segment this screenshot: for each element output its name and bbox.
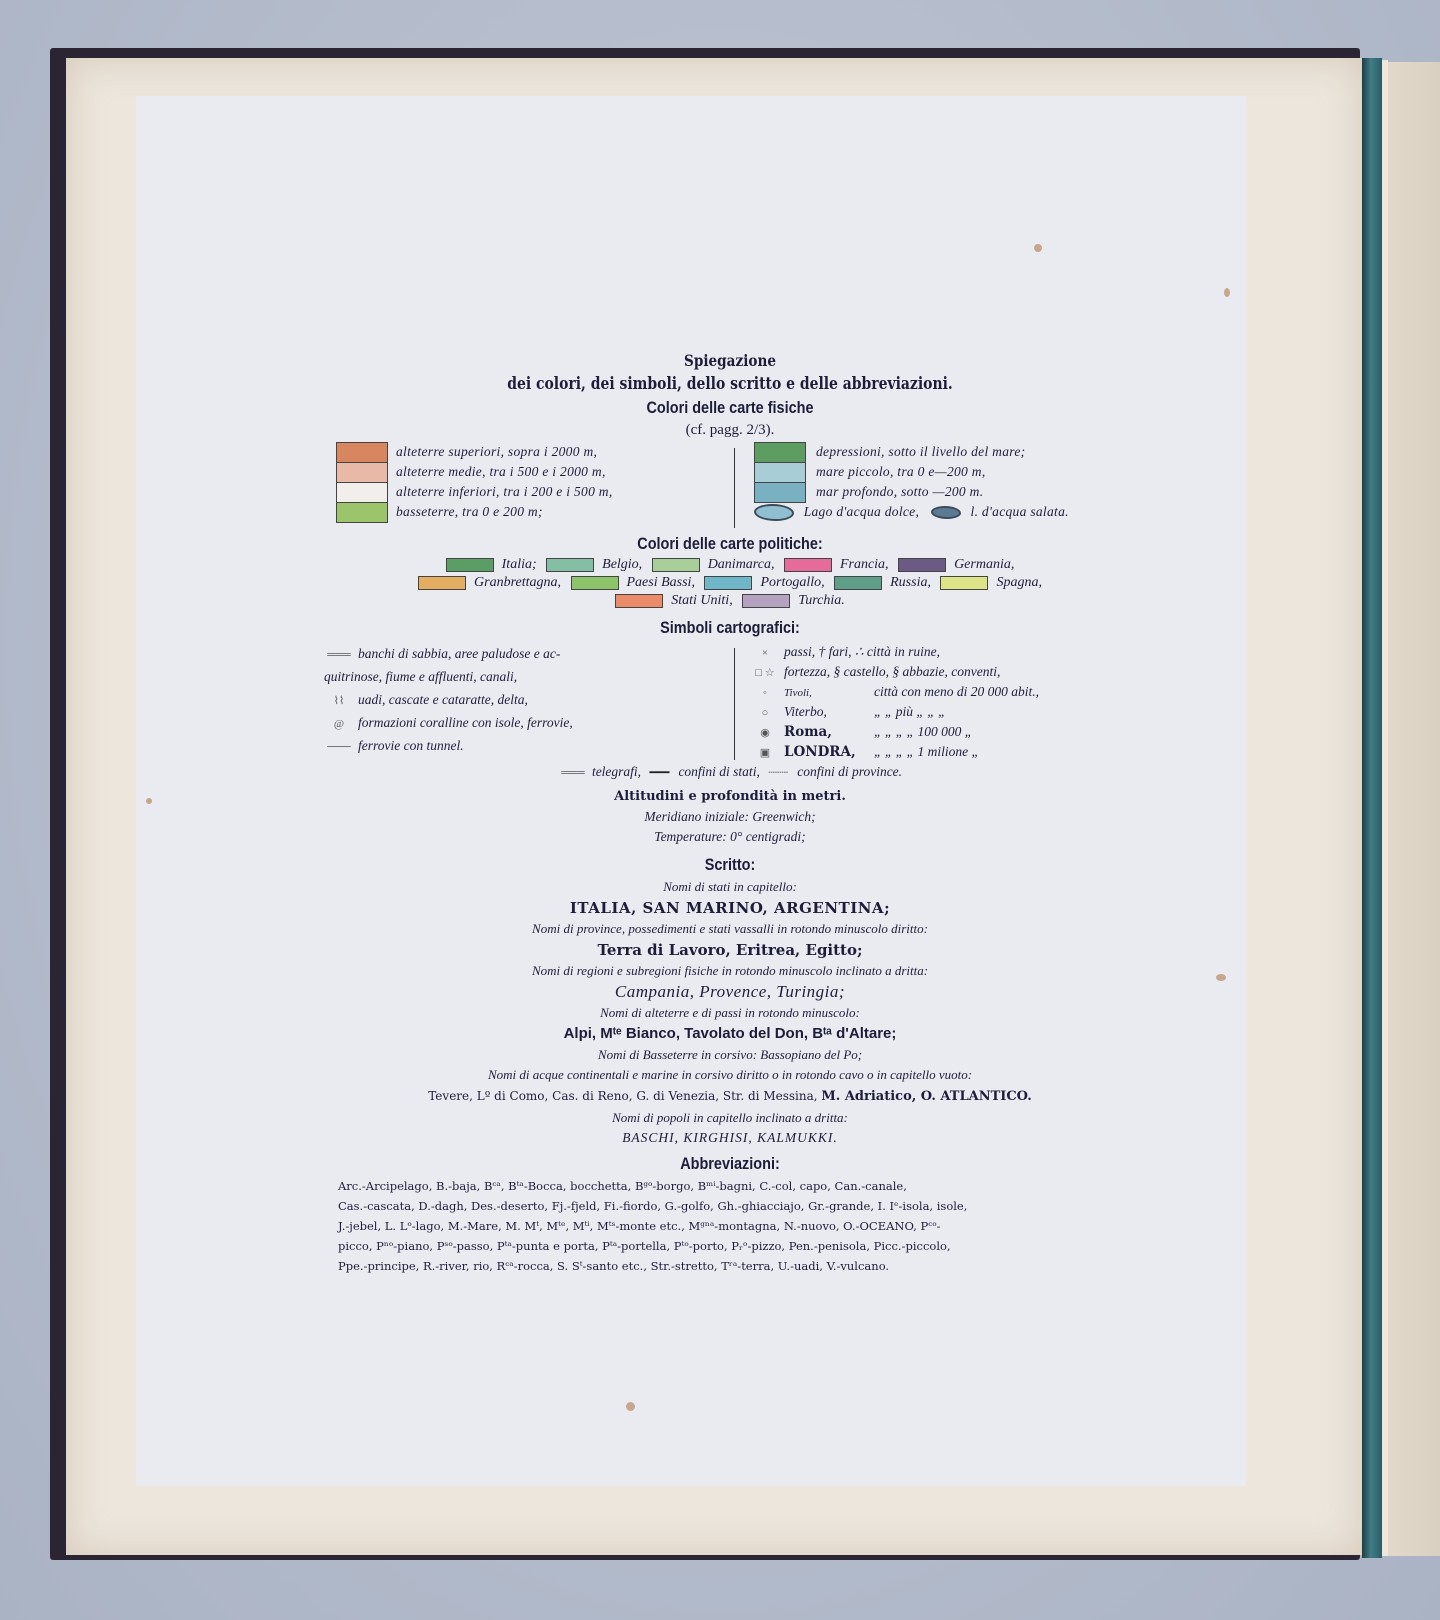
- political-label: Russia,: [890, 575, 931, 590]
- symbol-text: confini di stati,: [678, 764, 759, 779]
- physical-colors-heading: Colori delle carte fisiche: [390, 396, 1070, 420]
- city-example: Viterbo,: [784, 702, 874, 722]
- political-label: Danimarca,: [708, 557, 775, 572]
- political-item-germania: Germania,: [898, 556, 1014, 574]
- abbreviation-line: J.-jebel, L. Lᵒ-lago, M.-Mare, M. Mᵗ, Mᵗ…: [338, 1216, 1078, 1236]
- large-city-icon: ◉: [750, 723, 780, 743]
- swatch-mare-piccolo: [755, 463, 805, 483]
- legend-label: mare piccolo, tra 0 e—200 m,: [816, 462, 1069, 482]
- land-swatches: [336, 442, 388, 523]
- water-swatches: [754, 442, 806, 503]
- column-divider: [734, 648, 735, 760]
- political-item-portogallo: Portogallo,: [704, 574, 824, 592]
- states-caption: Nomi di stati in capitello:: [330, 877, 1130, 897]
- symbol-line: ═══banchi di sabbia, aree paludose e ac-: [324, 642, 704, 665]
- political-item-paesi-bassi: Paesi Bassi,: [571, 574, 695, 592]
- political-item-turchia: Turchia.: [742, 592, 845, 610]
- swatch-alteterre-inferiori: [337, 483, 387, 503]
- political-label: Francia,: [840, 557, 889, 572]
- metropolis-icon: ▣: [750, 743, 780, 763]
- political-label: Spagna,: [996, 575, 1042, 590]
- state-border-icon: ━━━: [644, 763, 674, 783]
- symbol-text: fortezza, § castello, § abbazie, convent…: [784, 664, 1000, 679]
- symbol-line: □ ☆fortezza, § castello, § abbazie, conv…: [750, 662, 1130, 682]
- symbol-text: „ „ „ „ 100 000 „: [874, 724, 972, 739]
- legend-label: alteterre inferiori, tra i 200 e i 500 m…: [396, 482, 613, 502]
- political-row: Italia; Belgio, Danimarca, Francia, Germ…: [330, 556, 1130, 574]
- political-row: Granbrettagna, Paesi Bassi, Portogallo, …: [330, 574, 1130, 592]
- legend-label: alteterre medie, tra i 500 e i 2000 m,: [396, 462, 613, 482]
- symbol-text: passi, † fari, ∴ città in ruine,: [784, 644, 940, 659]
- fortress-icon: □ ☆: [750, 663, 780, 683]
- symbol-text: quitrinose, fiume e affluenti, canali,: [324, 669, 517, 684]
- swatch: [784, 558, 832, 572]
- political-label: Germania,: [954, 557, 1014, 572]
- political-label: Italia;: [502, 557, 537, 572]
- provinces-caption: Nomi di province, possedimenti e stati v…: [330, 919, 1130, 939]
- legend-label: depressioni, sotto il livello del mare;: [816, 442, 1069, 462]
- sandbank-icon: ═══: [324, 644, 354, 667]
- fresh-lake-label: Lago d'acqua dolce,: [804, 504, 919, 519]
- symbol-text: confini di province.: [797, 764, 902, 779]
- political-label: Granbrettagna,: [474, 575, 561, 590]
- political-item-russia: Russia,: [834, 574, 931, 592]
- page-title: Spiegazione: [390, 350, 1070, 372]
- swatch: [898, 558, 946, 572]
- swatch: [652, 558, 700, 572]
- waters-example: Tevere, Lº di Como, Cas. di Reno, G. di …: [330, 1085, 1130, 1108]
- swatch: [571, 576, 619, 590]
- salt-lake-icon: [931, 506, 961, 519]
- symbols-right-column: ×passi, † fari, ∴ città in ruine, □ ☆for…: [750, 642, 1130, 762]
- foxing-stain: [1034, 244, 1042, 252]
- symbol-line: ⌇⌇uadi, cascate e cataratte, delta,: [324, 688, 704, 711]
- symbol-text: uadi, cascate e cataratte, delta,: [358, 692, 528, 707]
- pass-icon: ×: [750, 643, 780, 663]
- political-colors-heading: Colori delle carte politiche:: [390, 532, 1070, 556]
- physical-colors-legend: alteterre superiori, sopra i 2000 m, alt…: [330, 442, 1130, 528]
- political-item-belgio: Belgio,: [546, 556, 642, 574]
- peoples-example: BASCHI, KIRGHISI, KALMUKKI.: [330, 1128, 1130, 1148]
- legend-label: basseterre, tra 0 e 200 m;: [396, 502, 613, 522]
- political-item-granbrettagna: Granbrettagna,: [418, 574, 561, 592]
- abbreviations-heading: Abbreviazioni:: [390, 1152, 1070, 1176]
- swatch: [418, 576, 466, 590]
- swatch-alteterre-medie: [337, 463, 387, 483]
- lake-legend: Lago d'acqua dolce, l. d'acqua salata.: [754, 502, 1069, 522]
- coral-icon: @: [324, 713, 354, 736]
- altitude-note: Altitudini e profondità in metri.: [330, 787, 1130, 807]
- foxing-stain: [1224, 288, 1230, 297]
- swatch-basseterre: [337, 503, 387, 522]
- writing-heading: Scritto:: [390, 853, 1070, 877]
- political-item-italia: Italia;: [446, 556, 537, 574]
- swatch: [446, 558, 494, 572]
- symbol-text: telegrafi,: [592, 764, 641, 779]
- symbols-heading: Simboli cartografici:: [390, 616, 1070, 640]
- city-example: Tivoli,: [784, 683, 874, 703]
- political-label: Turchia.: [798, 593, 845, 608]
- symbol-text: banchi di sabbia, aree paludose e ac-: [358, 646, 560, 661]
- book-spine-cloth: [1362, 58, 1382, 1558]
- foxing-stain: [1216, 974, 1226, 981]
- page-reference: (cf. pagg. 2/3).: [330, 420, 1130, 440]
- foxing-stain: [626, 1402, 635, 1411]
- swatch: [546, 558, 594, 572]
- abbreviation-line: Ppe.-principe, R.-river, rio, Rᶜᵃ-rocca,…: [338, 1256, 1078, 1276]
- water-labels: depressioni, sotto il livello del mare; …: [816, 442, 1069, 522]
- legend-label: mar profondo, sotto —200 m.: [816, 482, 1069, 502]
- waters-example-plain: Tevere, Lº di Como, Cas. di Reno, G. di …: [428, 1089, 817, 1103]
- symbol-text: „ „ „ „ 1 milione „: [874, 744, 979, 759]
- temperature-note: Temperature: 0° centigradi;: [330, 827, 1130, 847]
- small-city-icon: ◦: [750, 683, 780, 703]
- symbol-line: quitrinose, fiume e affluenti, canali,: [324, 665, 704, 688]
- political-label: Portogallo,: [760, 575, 824, 590]
- political-item-francia: Francia,: [784, 556, 889, 574]
- abbreviation-line: Cas.-cascata, D.-dagh, Des.-deserto, Fj.…: [338, 1196, 1078, 1216]
- political-item-spagna: Spagna,: [940, 574, 1042, 592]
- swatch: [834, 576, 882, 590]
- salt-lake-label: l. d'acqua salata.: [971, 504, 1069, 519]
- symbol-line: @formazioni coralline con isole, ferrovi…: [324, 711, 704, 734]
- telegraph-icon: ═══: [558, 763, 588, 783]
- foxing-stain: [146, 798, 152, 804]
- page-subtitle: dei colori, dei simboli, dello scritto e…: [402, 372, 1058, 396]
- symbol-line: ▣LONDRA,„ „ „ „ 1 milione „: [750, 742, 1130, 762]
- abbreviation-line: Arc.-Arcipelago, B.-baja, Bᶜᵃ, Bᵗᵃ-Bocca…: [338, 1176, 1078, 1196]
- wadi-icon: ⌇⌇: [324, 690, 354, 713]
- political-item-danimarca: Danimarca,: [652, 556, 775, 574]
- waters-caption: Nomi di acque continentali e marine in c…: [330, 1065, 1130, 1085]
- political-item-stati-uniti: Stati Uniti,: [615, 592, 732, 610]
- city-example: Roma,: [784, 722, 874, 742]
- symbol-text: „ „ più „ „ „: [874, 704, 946, 719]
- regions-example: Campania, Provence, Turingia;: [330, 981, 1130, 1003]
- swatch-mar-profondo: [755, 483, 805, 502]
- column-divider: [734, 448, 735, 528]
- symbols-left-column: ═══banchi di sabbia, aree paludose e ac-…: [324, 642, 704, 757]
- swatch-alteterre-superiori: [337, 443, 387, 463]
- highlands-caption: Nomi di alteterre e di passi in rotondo …: [330, 1003, 1130, 1023]
- waters-example-outline: M. Adriatico, O. ATLANTICO.: [821, 1089, 1031, 1104]
- peoples-caption: Nomi di popoli in capitello inclinato a …: [330, 1108, 1130, 1128]
- swatch: [615, 594, 663, 608]
- tunnel-railway-icon: ───: [324, 736, 354, 759]
- fresh-lake-icon: [754, 504, 794, 521]
- swatch: [742, 594, 790, 608]
- abbreviation-line: picco, Pⁿᵒ-piano, Pˢᵒ-passo, Pᵗᵃ-punta e…: [338, 1236, 1078, 1256]
- symbol-line: ×passi, † fari, ∴ città in ruine,: [750, 642, 1130, 662]
- land-labels: alteterre superiori, sopra i 2000 m, alt…: [396, 442, 613, 522]
- symbol-line: ○Viterbo,„ „ più „ „ „: [750, 702, 1130, 722]
- provinces-example: Terra di Lavoro, Eritrea, Egitto;: [330, 939, 1130, 961]
- legend-label: alteterre superiori, sopra i 2000 m,: [396, 442, 613, 462]
- boundary-legend: ═══telegrafi, ━━━confini di stati, ┄┄┄co…: [330, 762, 1130, 783]
- medium-city-icon: ○: [750, 703, 780, 723]
- political-row: Stati Uniti, Turchia.: [330, 592, 1130, 610]
- symbol-line: ◉Roma,„ „ „ „ 100 000 „: [750, 722, 1130, 742]
- regions-caption: Nomi di regioni e subregioni fisiche in …: [330, 961, 1130, 981]
- symbol-line: ───ferrovie con tunnel.: [324, 734, 704, 757]
- abbreviations-list: Arc.-Arcipelago, B.-baja, Bᶜᵃ, Bᵗᵃ-Bocca…: [330, 1176, 1078, 1276]
- symbol-line: ◦Tivoli,città con meno di 20 000 abit.,: [750, 682, 1130, 702]
- legend-content: Spiegazione dei colori, dei simboli, del…: [330, 350, 1130, 1276]
- city-example: LONDRA,: [784, 742, 874, 762]
- states-example: ITALIA, SAN MARINO, ARGENTINA;: [330, 897, 1130, 919]
- symbol-text: ferrovie con tunnel.: [358, 738, 464, 753]
- swatch: [940, 576, 988, 590]
- facing-page-edge: [1388, 62, 1440, 1556]
- political-label: Stati Uniti,: [671, 593, 732, 608]
- symbol-text: città con meno di 20 000 abit.,: [874, 684, 1039, 699]
- province-border-icon: ┄┄┄: [763, 763, 793, 783]
- lowlands-caption: Nomi di Basseterre in corsivo: Bassopian…: [330, 1045, 1130, 1065]
- swatch: [704, 576, 752, 590]
- highlands-example: Alpi, Mᵗᵉ Bianco, Tavolato del Don, Bᵗᵃ …: [330, 1023, 1130, 1045]
- meridian-note: Meridiano iniziale: Greenwich;: [330, 807, 1130, 827]
- swatch-depressioni: [755, 443, 805, 463]
- political-label: Belgio,: [602, 557, 642, 572]
- political-label: Paesi Bassi,: [627, 575, 695, 590]
- symbol-text: formazioni coralline con isole, ferrovie…: [358, 715, 573, 730]
- symbols-legend: ═══banchi di sabbia, aree paludose e ac-…: [330, 642, 1130, 762]
